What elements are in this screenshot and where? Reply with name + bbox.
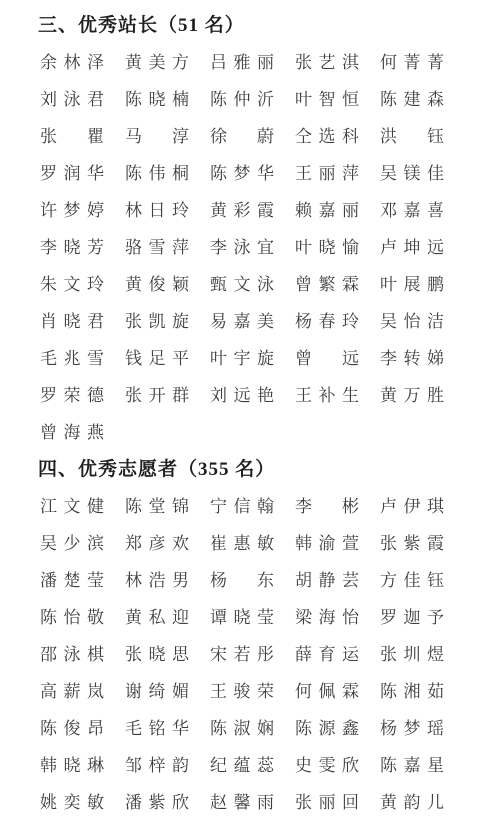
name-cell: 黄俊颖	[125, 270, 189, 295]
name-cell: 宋若彤	[210, 640, 274, 665]
name-cell: 史雯欣	[295, 751, 359, 776]
name-cell: 邹梓韵	[125, 751, 189, 776]
name-cell: 林浩男	[125, 566, 189, 591]
name-row: 吴少滨郑彦欢崔惠敏韩渝萱张紫霞	[0, 523, 501, 560]
name-cell: 骆雪萍	[125, 233, 189, 258]
name-cell: 陈俊昂	[40, 714, 104, 739]
name-cell: 陈仲沂	[210, 85, 274, 110]
name-cell: 黄美方	[125, 48, 189, 73]
name-cell: 张凯旋	[125, 307, 189, 332]
name-cell: 王骏荣	[210, 677, 274, 702]
name-cell: 叶晓愉	[295, 233, 359, 258]
name-row: 陈俊昂毛铭华陈淑娴陈源鑫杨梦瑶	[0, 708, 501, 745]
name-cell: 仝选科	[295, 122, 359, 147]
name-row: 罗润华陈伟桐陈梦华王丽萍吴镁佳	[0, 153, 501, 190]
name-cell: 谭晓莹	[210, 603, 274, 628]
name-cell: 纪蕴蕊	[210, 751, 274, 776]
name-cell: 余林泽	[40, 48, 104, 73]
name-cell: 宁信翰	[210, 492, 274, 517]
name-cell: 卢坤远	[380, 233, 444, 258]
section-heading: 四、优秀志愿者（355 名）	[38, 454, 275, 481]
name-cell: 罗荣德	[40, 381, 104, 406]
name-row: 江文健陈堂锦宁信翰李彬卢伊琪	[0, 486, 501, 523]
name-cell: 甄文泳	[210, 270, 274, 295]
name-cell: 张紫霞	[380, 529, 444, 554]
name-cell: 林日玲	[125, 196, 189, 221]
name-cell: 潘楚莹	[40, 566, 104, 591]
name-cell: 王补生	[295, 381, 359, 406]
name-cell: 曾繁霖	[295, 270, 359, 295]
name-cell: 叶智恒	[295, 85, 359, 110]
name-cell: 张圳煜	[380, 640, 444, 665]
name-cell: 徐蔚	[210, 122, 274, 147]
name-cell: 黄彩霞	[210, 196, 274, 221]
name-cell: 陈淑娴	[210, 714, 274, 739]
section-excellent-volunteers: 四、优秀志愿者（355 名） 江文健陈堂锦宁信翰李彬卢伊琪吴少滨郑彦欢崔惠敏韩渝…	[0, 449, 501, 819]
name-cell: 肖晓君	[40, 307, 104, 332]
name-row: 高薪岚谢绮媚王骏荣何佩霖陈湘茹	[0, 671, 501, 708]
name-row: 姚奕敏潘紫欣赵馨雨张丽回黄韵儿	[0, 782, 501, 819]
name-cell: 江文健	[40, 492, 104, 517]
section-excellent-station-masters: 三、优秀站长（51 名） 余林泽黄美方吕雅丽张艺淇何菁菁刘泳君陈晓楠陈仲沂叶智恒…	[0, 5, 501, 449]
name-cell: 曾海燕	[40, 418, 104, 443]
name-row: 张瞿马淳徐蔚仝选科洪钰	[0, 116, 501, 153]
name-cell: 朱文玲	[40, 270, 104, 295]
name-row: 潘楚莹林浩男杨东胡静芸方佳钰	[0, 560, 501, 597]
name-cell: 钱足平	[125, 344, 189, 369]
name-cell: 杨梦瑶	[380, 714, 444, 739]
name-cell: 罗迦予	[380, 603, 444, 628]
name-row: 许梦婷林日玲黄彩霞赖嘉丽邓嘉喜	[0, 190, 501, 227]
name-cell: 张瞿	[40, 122, 104, 147]
name-cell: 黄韵儿	[380, 788, 444, 813]
name-cell: 何佩霖	[295, 677, 359, 702]
name-cell: 陈晓楠	[125, 85, 189, 110]
name-cell: 方佳钰	[380, 566, 444, 591]
name-cell: 潘紫欣	[125, 788, 189, 813]
name-row: 李晓芳骆雪萍李泳宜叶晓愉卢坤远	[0, 227, 501, 264]
name-row: 曾海燕	[0, 412, 501, 449]
name-cell: 赵馨雨	[210, 788, 274, 813]
name-cell: 杨春玲	[295, 307, 359, 332]
name-cell: 陈堂锦	[125, 492, 189, 517]
name-cell: 郑彦欢	[125, 529, 189, 554]
name-cell: 易嘉美	[210, 307, 274, 332]
name-cell: 李彬	[295, 492, 359, 517]
name-row: 余林泽黄美方吕雅丽张艺淇何菁菁	[0, 42, 501, 79]
name-cell: 刘泳君	[40, 85, 104, 110]
name-cell: 王丽萍	[295, 159, 359, 184]
name-row: 朱文玲黄俊颖甄文泳曾繁霖叶展鹏	[0, 264, 501, 301]
name-cell: 李泳宜	[210, 233, 274, 258]
name-cell: 张丽回	[295, 788, 359, 813]
section-heading-row: 四、优秀志愿者（355 名）	[0, 449, 501, 486]
name-cell: 杨东	[210, 566, 274, 591]
name-cell: 卢伊琪	[380, 492, 444, 517]
name-cell: 梁海怡	[295, 603, 359, 628]
name-cell: 洪钰	[380, 122, 444, 147]
name-row: 肖晓君张凯旋易嘉美杨春玲吴怡洁	[0, 301, 501, 338]
name-cell: 毛兆雪	[40, 344, 104, 369]
name-cell: 陈嘉星	[380, 751, 444, 776]
name-cell: 吕雅丽	[210, 48, 274, 73]
name-cell: 刘远艳	[210, 381, 274, 406]
name-cell: 韩晓琳	[40, 751, 104, 776]
name-cell: 张艺淇	[295, 48, 359, 73]
name-cell: 叶宇旋	[210, 344, 274, 369]
name-cell: 邓嘉喜	[380, 196, 444, 221]
name-cell: 曾远	[295, 344, 359, 369]
name-cell: 吴少滨	[40, 529, 104, 554]
document-page: 三、优秀站长（51 名） 余林泽黄美方吕雅丽张艺淇何菁菁刘泳君陈晓楠陈仲沂叶智恒…	[0, 0, 501, 819]
name-cell: 黄万胜	[380, 381, 444, 406]
name-cell: 陈梦华	[210, 159, 274, 184]
name-grid-volunteers: 江文健陈堂锦宁信翰李彬卢伊琪吴少滨郑彦欢崔惠敏韩渝萱张紫霞潘楚莹林浩男杨东胡静芸…	[0, 486, 501, 819]
name-cell: 许梦婷	[40, 196, 104, 221]
name-cell: 邵泳棋	[40, 640, 104, 665]
name-cell: 高薪岚	[40, 677, 104, 702]
name-cell: 陈伟桐	[125, 159, 189, 184]
name-row: 毛兆雪钱足平叶宇旋曾远李转娣	[0, 338, 501, 375]
name-cell: 李晓芳	[40, 233, 104, 258]
name-cell: 罗润华	[40, 159, 104, 184]
name-cell: 崔惠敏	[210, 529, 274, 554]
name-cell: 吴镁佳	[380, 159, 444, 184]
name-cell: 胡静芸	[295, 566, 359, 591]
name-cell: 李转娣	[380, 344, 444, 369]
name-cell: 赖嘉丽	[295, 196, 359, 221]
name-row: 邵泳棋张晓思宋若彤薛育运张圳煜	[0, 634, 501, 671]
name-cell: 马淳	[125, 122, 189, 147]
name-cell: 陈源鑫	[295, 714, 359, 739]
name-cell: 姚奕敏	[40, 788, 104, 813]
name-row: 陈怡敬黄私迎谭晓莹梁海怡罗迦予	[0, 597, 501, 634]
name-cell: 何菁菁	[380, 48, 444, 73]
name-row: 罗荣德张开群刘远艳王补生黄万胜	[0, 375, 501, 412]
name-row: 韩晓琳邹梓韵纪蕴蕊史雯欣陈嘉星	[0, 745, 501, 782]
name-cell: 陈建森	[380, 85, 444, 110]
name-cell: 张开群	[125, 381, 189, 406]
name-cell: 叶展鹏	[380, 270, 444, 295]
name-cell: 陈湘茹	[380, 677, 444, 702]
name-grid-station-masters: 余林泽黄美方吕雅丽张艺淇何菁菁刘泳君陈晓楠陈仲沂叶智恒陈建森张瞿马淳徐蔚仝选科洪…	[0, 42, 501, 449]
name-cell: 张晓思	[125, 640, 189, 665]
name-row: 刘泳君陈晓楠陈仲沂叶智恒陈建森	[0, 79, 501, 116]
name-cell: 薛育运	[295, 640, 359, 665]
name-cell: 黄私迎	[125, 603, 189, 628]
name-cell: 陈怡敬	[40, 603, 104, 628]
section-heading-row: 三、优秀站长（51 名）	[0, 5, 501, 42]
name-cell: 谢绮媚	[125, 677, 189, 702]
name-cell: 吴怡洁	[380, 307, 444, 332]
section-heading: 三、优秀站长（51 名）	[38, 10, 245, 37]
name-cell: 毛铭华	[125, 714, 189, 739]
name-cell: 韩渝萱	[295, 529, 359, 554]
